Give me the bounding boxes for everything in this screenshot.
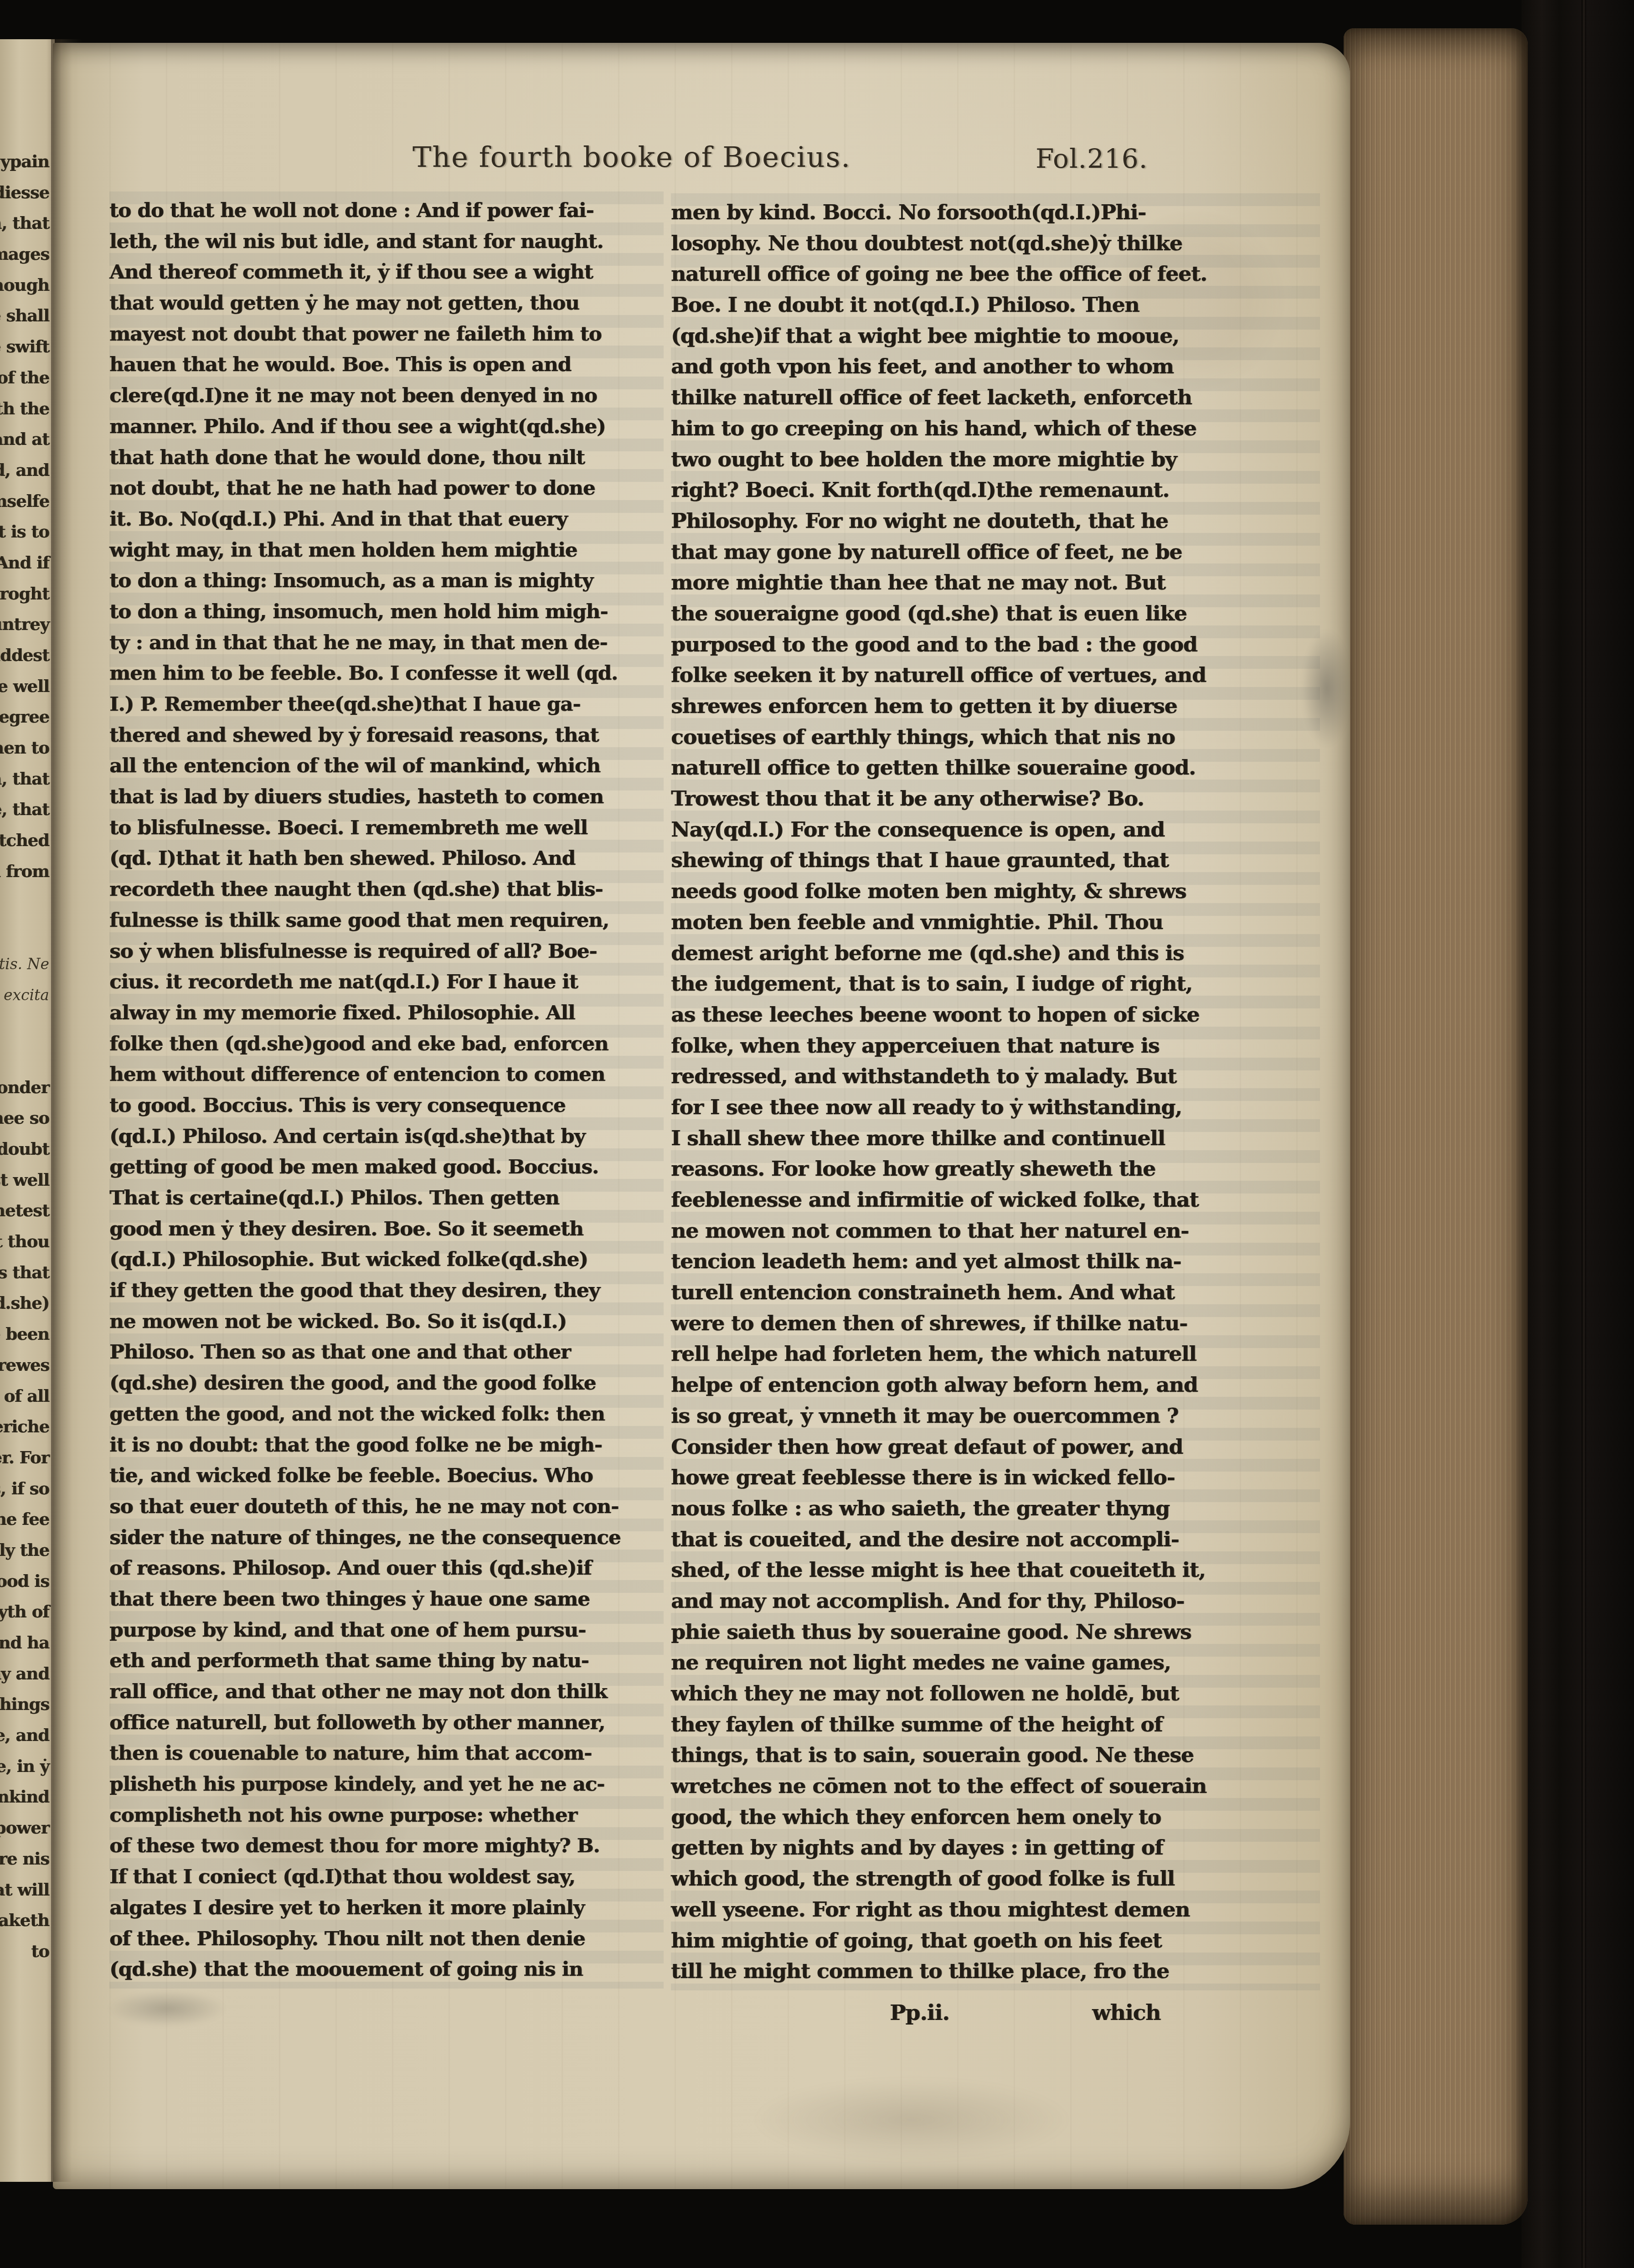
text-line: for I see thee now all ready to ẏ withst… [671,1092,1320,1123]
text-line: feeblenesse and infirmitie of wicked fol… [671,1184,1320,1215]
facing-line-fragment: ght, and at- [0,424,51,455]
facing-line-fragment [0,887,51,918]
text-line: they faylen of thilke summe of the heigh… [671,1709,1320,1740]
text-line: good, the which they enforcen hem onely … [671,1802,1320,1833]
text-line: all the entencion of the wil of mankind,… [109,750,664,781]
text-line: howe great feeblesse there is in wicked … [671,1462,1320,1493]
text-line: which they ne may not followen ne holdē,… [671,1678,1320,1709]
text-line: men by kind. Bocci. No forsooth(qd.I.)Ph… [671,197,1320,228]
text-line: alway in my memorie fixed. Philosophie. … [109,997,664,1028]
text-line: phie saieth thus by soueraine good. Ne s… [671,1617,1320,1648]
facing-line-fragment: in himselfe, [0,486,51,517]
facing-line-fragment: th me well, [0,671,51,702]
facing-line-fragment: ther. For [0,1442,51,1473]
facing-line-fragment: there nis [0,1844,51,1875]
text-line: shrewes enforcen hem to getten it by diu… [671,691,1320,722]
facing-page-edge: ght is ypain-s cloudiesse,emeth, thaters… [0,39,55,2182]
text-line: Philoso. Then so as that one and that ot… [109,1337,664,1368]
facing-line-fragment: es eueriche [0,1411,51,1442]
text-line: that there been two thinges ẏ haue one s… [109,1584,664,1615]
text-line: nous folke : as who saieth, the greater … [671,1493,1320,1524]
facing-line-fragment: he things [0,1689,51,1720]
text-line: office naturell, but followeth by other … [109,1707,664,1738]
text-line: I shall shew thee more thilke and contin… [671,1123,1320,1154]
facing-line-fragment: world, and [0,455,51,486]
facing-line-fragment: s cloudiesse, [0,177,51,208]
text-line: Philosophy. For no wight ne douteth, tha… [671,506,1320,537]
text-line: men him to be feeble. Bo. I confesse it … [109,658,664,689]
facing-page-text-fragments: ght is ypain-s cloudiesse,emeth, thaters… [0,146,51,1967]
text-line: (qd.I.) Philoso. And certain is(qd.she)t… [109,1121,664,1152]
text-line: getten the good, and not the wicked folk… [109,1399,664,1430]
text-line: wretches ne cōmen not to the effect of s… [671,1771,1320,1802]
facing-line-fragment: ynges that [0,1257,51,1288]
text-line: That is certaine(qd.I.) Philos. Then get… [109,1183,664,1214]
text-line: sider the nature of thinges, ne the cons… [109,1522,664,1553]
text-line: recordeth thee naught then (qd.she) that… [109,874,664,905]
facing-line-fragment: ere inough, [0,270,51,301]
facing-line-fragment: my degree, [0,702,51,733]
folio-number: Fol.216. [1036,143,1148,174]
facing-line-fragment: to [0,1936,51,1967]
text-line: rall office, and that other ne may not d… [109,1676,664,1707]
text-line: till he might commen to thilke place, fr… [671,1956,1320,1987]
text-line: as these leeches beene woont to hopen of… [671,999,1320,1030]
text-line: folke seeken it by naturell office of ve… [671,660,1320,691]
text-line: (qd.she)if that a wight bee mightie to m… [671,320,1320,351]
facing-line-fragment: mankind [0,1782,51,1813]
facing-line-fragment: ertaketh [0,1905,51,1936]
text-line: I.) P. Remember thee(qd.she)that I haue … [109,689,664,720]
facing-line-fragment: that will [0,1875,51,1906]
facing-line-fragment: clerely the [0,1535,51,1566]
text-line: purpose by kind, and that one of hem pur… [109,1615,664,1646]
text-line: fulnesse is thilk same good that men req… [109,905,664,936]
facing-line-fragment: holdeth the [0,393,51,424]
book-cover [1521,0,1634,2268]
text-line: Boe. I ne doubt it not(qd.I.) Philoso. T… [671,289,1320,320]
text-line: purposed to the good and to the bad : th… [671,629,1320,660]
facing-line-fragment: emeth, that [0,208,51,239]
facing-line-fragment: behetest : [0,1195,51,1226]
text-line: folke, when they apperceiuen that nature… [671,1030,1320,1061]
text-line: (qd. I)that it hath ben shewed. Philoso.… [109,843,664,874]
text-line: it is no doubt: that the good folke ne b… [109,1430,664,1461]
text-line: demest aright beforne me (qd.she) and th… [671,938,1320,969]
facing-line-fragment: th the fee- [0,1504,51,1535]
facing-line-fragment: of good is [0,1566,51,1597]
facing-line-fragment: nne. And if [0,548,51,579]
gutter-shadow [51,39,82,2182]
text-line: manner. Philo. And if thou see a wight(q… [109,411,664,442]
text-line: to do that he woll not done : And if pow… [109,195,664,226]
facing-line-fragment: power : [0,1813,51,1844]
text-line: and goth vpon his feet, and another to w… [671,351,1320,382]
text-line: algates I desire yet to herken it more p… [109,1892,664,1923]
facing-line-fragment: e wretched [0,825,51,856]
cover-ridge [1582,0,1586,2268]
text-line: it. Bo. No(qd.I.) Phi. And in that that … [109,504,664,535]
facing-line-fragment: eth then to [0,733,51,764]
facing-line-fragment: test mee so [0,1103,51,1134]
text-line: ty : and in that that he ne may, in that… [109,627,664,658]
facing-line-fragment: u be broght [0,579,51,610]
text-line: redressed, and withstandeth to ẏ malady.… [671,1061,1320,1092]
text-line: of reasons. Philosop. And ouer this (qd.… [109,1553,664,1584]
text-line: thilke naturell office of feet lacketh, … [671,382,1320,413]
text-line: of thee. Philosophy. Thou nilt not then … [109,1923,664,1954]
text-line: to don a thing, insomuch, men hold him m… [109,596,664,627]
facing-line-fragment: e fayth of [0,1596,51,1627]
facing-line-fragment: seene, that [0,794,51,825]
facing-line-fragment: way and [0,1658,51,1689]
text-line: (qd.she) desiren the good, and the good … [109,1368,664,1399]
facing-line-fragment: O wonder [0,1072,51,1103]
facing-line-fragment [0,1041,51,1072]
text-line: complisheth not his owne purpose: whethe… [109,1800,664,1831]
text-line: folke then (qd.she)good and eke bad, enf… [109,1028,664,1059]
text-line: that hath done that he would done, thou … [109,442,664,473]
text-line: moten ben feeble and vnmightie. Phil. Th… [671,907,1320,938]
facing-line-fragment: that thou [0,1226,51,1257]
facing-line-fragment: earth, that [0,764,51,795]
text-line: were to demen then of shrewes, if thilke… [671,1308,1320,1339]
text-line: well yseene. For right as thou mightest … [671,1894,1320,1925]
facing-line-fragment: e and ha- [0,1627,51,1658]
text-line: that may gone by naturell office of feet… [671,537,1320,568]
text-line: wight may, in that men holden hem mighti… [109,535,664,566]
text-line: losophy. Ne thou doubtest not(qd.she)ẏ t… [671,228,1320,259]
text-line: clere(qd.I)ne it ne may not been denyed … [109,380,664,411]
facing-line-fragment: ne haddest [0,640,51,671]
facing-line-fragment: I ne doubt [0,1134,51,1165]
text-line: helpe of entencion goth alway beforn hem… [671,1369,1320,1400]
facing-line-fragment: aries, if so [0,1473,51,1504]
text-line: him to go creeping on his hand, which of… [671,413,1320,444]
text-line: two ought to bee holden the more mightie… [671,444,1320,475]
signature-row: Pp.ii. which [0,2000,1634,2037]
signature-mark: Pp.ii. [890,2000,949,2025]
facing-line-fragment [0,1010,51,1041]
text-line: Consider then how great defaut of power,… [671,1431,1320,1462]
text-line: to don a thing: Insomuch, as a man is mi… [109,565,664,596]
text-line: things, that is to sain, souerain good. … [671,1740,1320,1771]
text-line: mayest not doubt that power ne faileth h… [109,319,664,350]
text-line: that would getten ẏ he may not getten, t… [109,288,664,319]
right-column: men by kind. Bocci. No forsooth(qd.I.)Ph… [671,197,1320,1987]
text-line: getting of good be men maked good. Bocci… [109,1152,664,1183]
facing-line-fragment: ght is ypain- [0,146,51,177]
facing-line-fragment: ayest well [0,1165,51,1196]
text-line: of these two demest thou for more mighty… [109,1830,664,1861]
facing-line-fragment: irst(qd.she) [0,1288,51,1319]
text-line: plisheth his purpose kindely, and yet he… [109,1769,664,1800]
facing-line-fragment: folke been [0,1319,51,1350]
text-line: shed, of the lesse might is hee that cou… [671,1555,1320,1586]
text-line: good men ẏ they desiren. Boe. So it seem… [109,1214,664,1245]
marginal-note-latin: quem excita [0,980,51,1011]
text-line: so that euer douteth of this, he ne may … [109,1491,664,1522]
text-line: the soueraigne good (qd.she) that is eue… [671,598,1320,629]
text-line: which good, the strength of good folke i… [671,1863,1320,1894]
text-line: ne mowen not commen to that her naturel … [671,1215,1320,1246]
text-line: getten by nights and by dayes : in getti… [671,1832,1320,1863]
text-line: him mightie of going, that goeth on his … [671,1925,1320,1956]
facing-line-fragment: he countrey [0,609,51,640]
text-line: Trowest thou that it be any otherwise? B… [671,783,1320,814]
facing-line-fragment: he shrewes [0,1350,51,1381]
facing-line-fragment: that is to [0,517,51,548]
text-line: leth, the wil nis but idle, and stant fo… [109,226,664,257]
text-line: cius. it recordeth me nat(qd.I.) For I h… [109,966,664,997]
text-line: to good. Boccius. This is very consequen… [109,1090,664,1121]
facing-line-fragment: side, and [0,1720,51,1751]
facing-line-fragment: beene, in ẏ [0,1751,51,1782]
text-line: more mightie than hee that ne may not. B… [671,567,1320,598]
left-column: to do that he woll not done : And if pow… [109,195,664,1985]
text-line: ne mowen not be wicked. Bo. So it is(qd.… [109,1306,664,1337]
text-line: tencion leadeth hem: and yet almost thil… [671,1246,1320,1277]
text-line: If that I coniect (qd.I)that thou woldes… [109,1861,664,1892]
facing-line-fragment: exiled from [0,856,51,887]
text-line: needs good folke moten ben mighty, & shr… [671,876,1320,907]
facing-line-fragment: ked of all [0,1381,51,1412]
text-line: hem without difference of entencion to c… [109,1059,664,1090]
marginal-note-latin: romittis. Ne [0,949,51,980]
facing-line-fragment: and he shall [0,300,51,331]
text-line: eth and performeth that same thing by na… [109,1645,664,1676]
text-line: right? Boeci. Knit forth(qd.I)the remena… [671,475,1320,506]
text-line: naturell office to getten thilke souerai… [671,752,1320,783]
text-line: shewing of things that I haue graunted, … [671,845,1320,876]
text-line: Nay(qd.I.) For the consequence is open, … [671,814,1320,845]
facing-line-fragment: ers images [0,239,51,270]
running-title: The fourth booke of Boecius. [412,140,851,174]
text-line: then is couenable to nature, him that ac… [109,1738,664,1769]
fore-edge-page-stack [1344,28,1528,2225]
facing-line-fragment: persit of the [0,362,51,393]
text-line: and may not accomplish. And for thy, Phi… [671,1586,1320,1617]
text-line: thered and shewed by ẏ foresaid reasons,… [109,720,664,751]
text-line: so ẏ when blisfulnesse is required of al… [109,936,664,967]
text-line: reasons. For looke how greatly sheweth t… [671,1153,1320,1184]
text-line: that is lad by diuers studies, hasteth t… [109,781,664,812]
text-line: not doubt, that he ne hath had power to … [109,473,664,504]
text-line: is so great, ẏ vnneth it may be ouercomm… [671,1400,1320,1431]
text-line: rell helpe had forleten hem, the which n… [671,1338,1320,1369]
text-line: ne requiren not light medes ne vaine gam… [671,1647,1320,1678]
catchword: which [1092,2000,1160,2025]
text-line: hauen that he would. Boe. This is open a… [109,349,664,380]
text-line: to blisfulnesse. Boeci. I remembreth me … [109,812,664,843]
text-line: tie, and wicked folke be feeble. Boecius… [109,1460,664,1491]
text-line: (qd.I.) Philosophie. But wicked folke(qd… [109,1244,664,1275]
text-line: And thereof commeth it, ẏ if thou see a … [109,257,664,288]
text-line: couetises of earthly things, which that … [671,722,1320,753]
facing-line-fragment [0,918,51,949]
text-line: naturell office of going ne bee the offi… [671,258,1320,289]
text-line: the iudgement, that is to sain, I iudge … [671,968,1320,999]
facing-line-fragment: of the swift [0,331,51,362]
text-line: (qd.she) that the moouement of going nis… [109,1954,664,1985]
text-line: if they getten the good that they desire… [109,1275,664,1306]
text-line: that is coueited, and the desire not acc… [671,1524,1320,1555]
book-scan-photo: ght is ypain-s cloudiesse,emeth, thaters… [0,0,1634,2268]
text-line: turell entencion constraineth hem. And w… [671,1277,1320,1308]
